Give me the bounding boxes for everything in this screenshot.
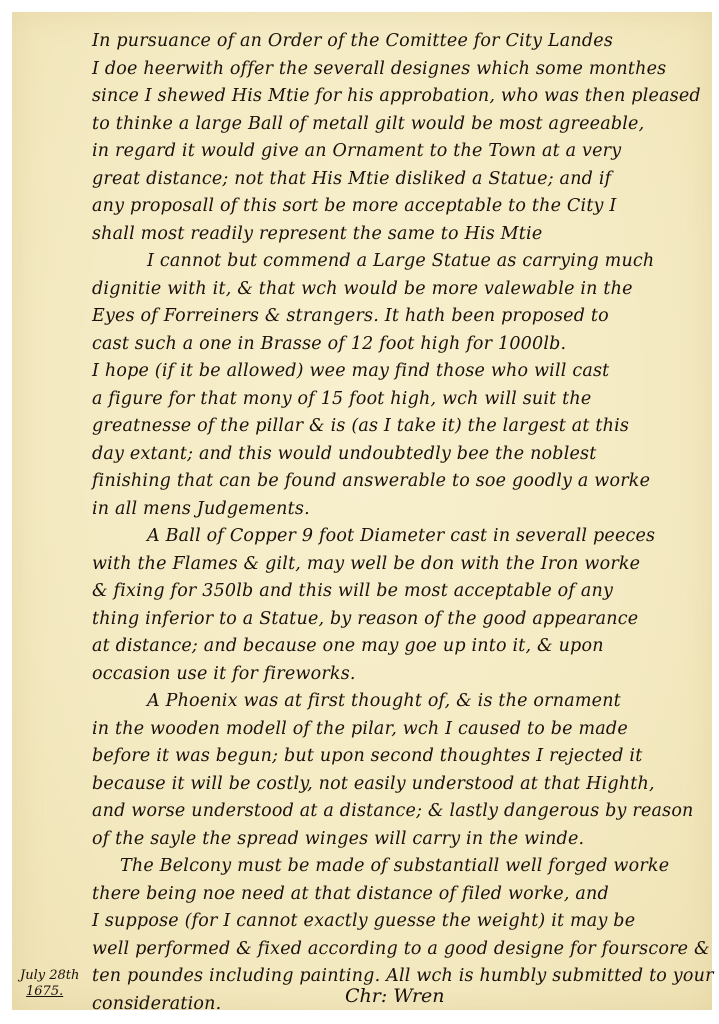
text-line: before it was begun; but upon second tho… <box>92 743 702 771</box>
text-line: in all mens Judgements. <box>92 496 702 524</box>
text-line: I cannot but commend a Large Statue as c… <box>92 248 702 276</box>
text-line: shall most readily represent the same to… <box>92 221 702 249</box>
text-line: finishing that can be found answerable t… <box>92 468 702 496</box>
text-line: there being noe need at that distance of… <box>92 881 702 909</box>
signature: Chr: Wren <box>345 985 445 1007</box>
date-year: 1675. <box>20 984 80 1000</box>
text-line: A Phoenix was at first thought of, & is … <box>92 688 702 716</box>
text-line: since I shewed His Mtie for his approbat… <box>92 83 702 111</box>
manuscript-page: In pursuance of an Order of the Comittee… <box>12 12 712 1010</box>
text-line: great distance; not that His Mtie dislik… <box>92 166 702 194</box>
text-line: any proposall of this sort be more accep… <box>92 193 702 221</box>
date-annotation: July 28th 1675. <box>20 968 80 1000</box>
text-line: well performed & fixed according to a go… <box>92 936 702 964</box>
text-line: The Belcony must be made of substantiall… <box>92 853 702 881</box>
text-line: In pursuance of an Order of the Comittee… <box>92 28 702 56</box>
text-line: of the sayle the spread winges will carr… <box>92 826 702 854</box>
text-line: and worse understood at a distance; & la… <box>92 798 702 826</box>
text-line: I hope (if it be allowed) wee may find t… <box>92 358 702 386</box>
text-line: I suppose (for I cannot exactly guesse t… <box>92 908 702 936</box>
text-line: & fixing for 350lb and this will be most… <box>92 578 702 606</box>
text-line: thing inferior to a Statue, by reason of… <box>92 606 702 634</box>
text-line: with the Flames & gilt, may well be don … <box>92 551 702 579</box>
text-line: in regard it would give an Ornament to t… <box>92 138 702 166</box>
text-line: I doe heerwith offer the severall design… <box>92 56 702 84</box>
text-line: because it will be costly, not easily un… <box>92 771 702 799</box>
text-line: dignitie with it, & that wch would be mo… <box>92 276 702 304</box>
text-line: occasion use it for fireworks. <box>92 661 702 689</box>
text-line: Eyes of Forreiners & strangers. It hath … <box>92 303 702 331</box>
text-line: at distance; and because one may goe up … <box>92 633 702 661</box>
text-line: a figure for that mony of 15 foot high, … <box>92 386 702 414</box>
text-line: greatnesse of the pillar & is (as I take… <box>92 413 702 441</box>
date-day: July 28th <box>20 968 80 984</box>
text-line: cast such a one in Brasse of 12 foot hig… <box>92 331 702 359</box>
text-line: to thinke a large Ball of metall gilt wo… <box>92 111 702 139</box>
text-line: A Ball of Copper 9 foot Diameter cast in… <box>92 523 702 551</box>
letter-body: In pursuance of an Order of the Comittee… <box>92 28 702 1018</box>
text-line: day extant; and this would undoubtedly b… <box>92 441 702 469</box>
text-line: in the wooden modell of the pilar, wch I… <box>92 716 702 744</box>
